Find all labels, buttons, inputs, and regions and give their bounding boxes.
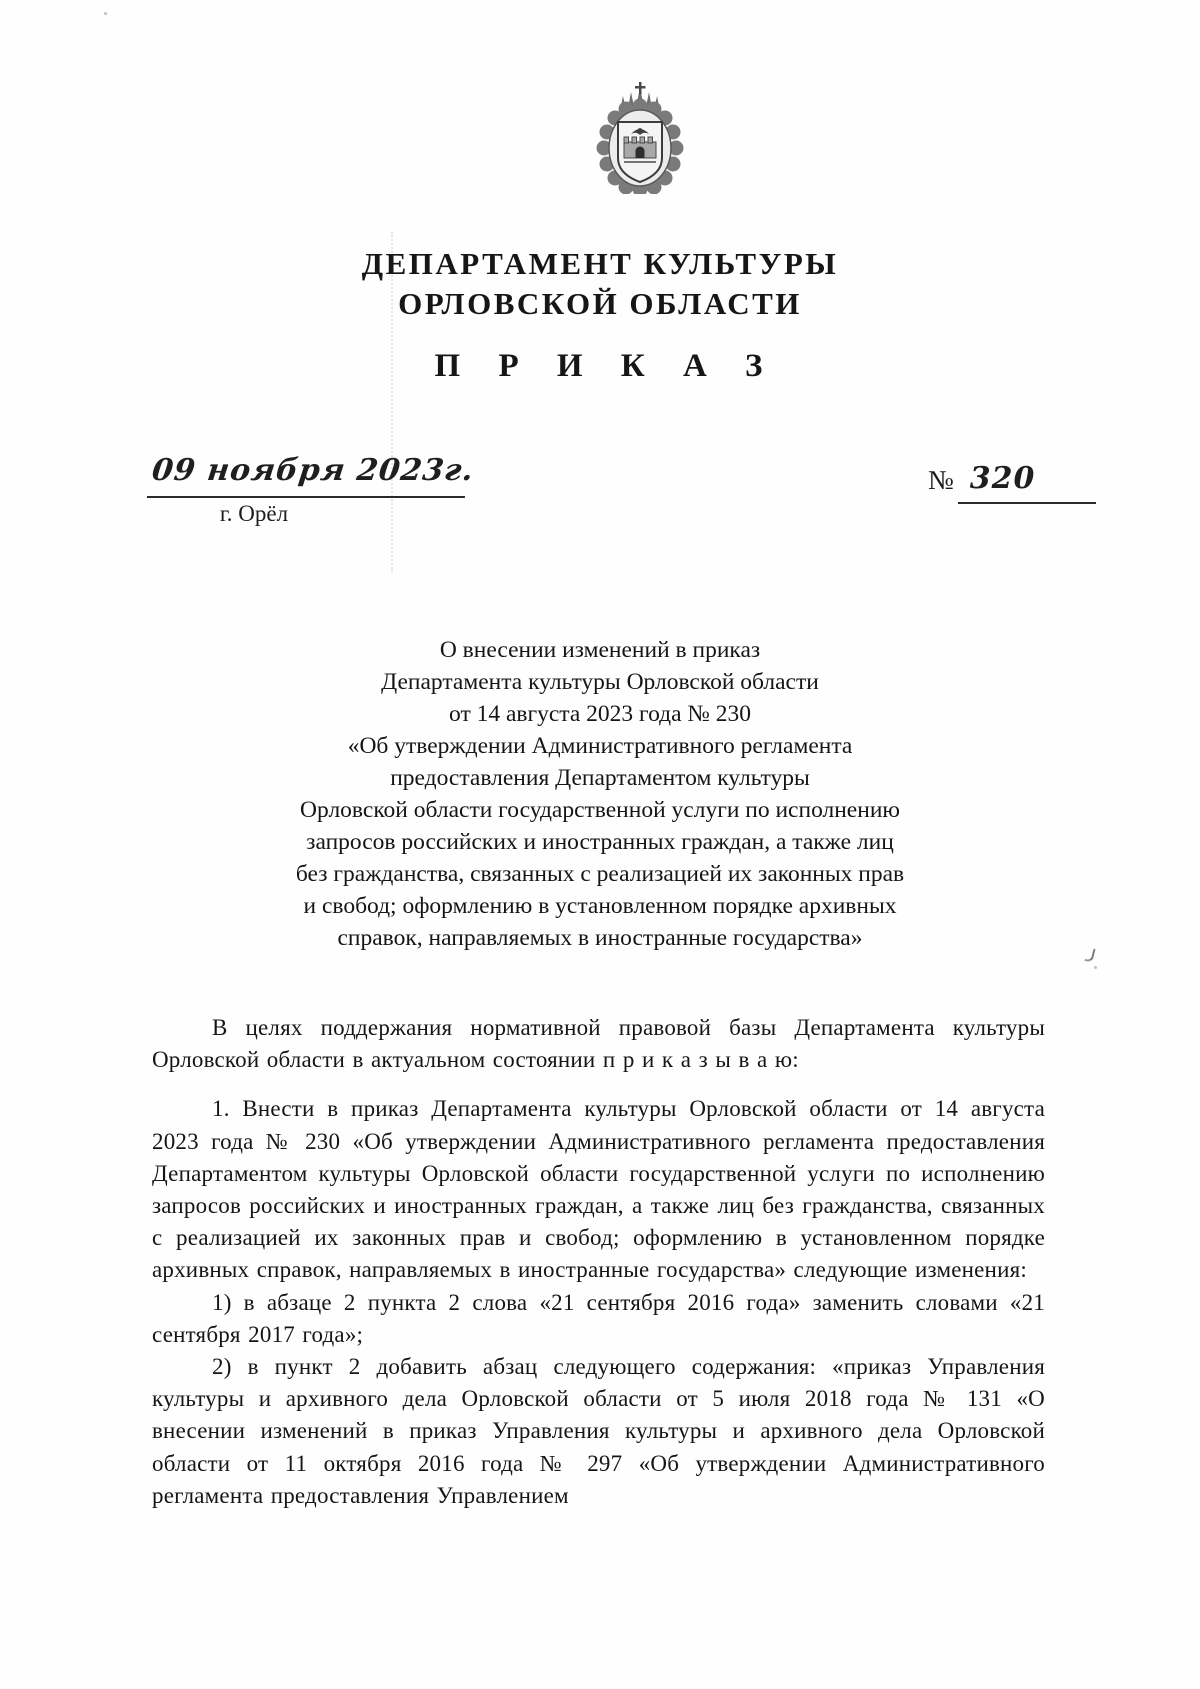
number-line: 320 — [958, 456, 1096, 504]
scan-streak-artifact — [391, 232, 393, 572]
org-name-line1: ДЕПАРТАМЕНТ КУЛЬТУРЫ — [0, 244, 1200, 284]
document-page: ДЕПАРТАМЕНТ КУЛЬТУРЫ ОРЛОВСКОЙ ОБЛАСТИ П… — [0, 0, 1200, 1689]
title-line: справок, направляемых в иностранные госу… — [0, 922, 1200, 954]
order-body: В целях поддержания нормативной правовой… — [152, 1012, 1045, 1512]
title-line: О внесении изменений в приказ — [0, 634, 1200, 666]
title-line: Департамента культуры Орловской области — [0, 666, 1200, 698]
paragraph-preamble: В целях поддержания нормативной правовой… — [152, 1012, 1045, 1076]
org-name-line2: ОРЛОВСКОЙ ОБЛАСТИ — [0, 284, 1200, 324]
title-line: «Об утверждении Административного реглам… — [0, 730, 1200, 762]
title-line: без гражданства, связанных с реализацией… — [0, 858, 1200, 890]
paragraph-subitem-1: 1) в абзаце 2 пункта 2 слова «21 сентябр… — [152, 1287, 1045, 1351]
org-name: ДЕПАРТАМЕНТ КУЛЬТУРЫ ОРЛОВСКОЙ ОБЛАСТИ — [0, 244, 1200, 324]
paragraph-item-1: 1. Внести в приказ Департамента культуры… — [152, 1093, 1045, 1286]
handwritten-number: 320 — [970, 461, 1036, 496]
scan-speck-artifact — [104, 12, 107, 15]
title-line: от 14 августа 2023 года № 230 — [0, 698, 1200, 730]
order-title: О внесении изменений в приказ Департамен… — [0, 634, 1200, 954]
title-line: предоставления Департаментом культуры — [0, 762, 1200, 794]
title-line: запросов российских и иностранных гражда… — [0, 826, 1200, 858]
date-block: 09 ноября 2023г. г. Орёл — [150, 446, 468, 527]
number-sign: № — [928, 465, 954, 495]
number-block: № 320 — [928, 456, 1096, 504]
handwritten-date: 09 ноября 2023г. — [147, 446, 471, 498]
title-line: и свобод; оформлению в установленном пор… — [0, 890, 1200, 922]
paragraph-subitem-2: 2) в пункт 2 добавить абзац следующего с… — [152, 1351, 1045, 1512]
scan-speck-artifact — [1094, 966, 1097, 969]
title-line: Орловской области государственной услуги… — [0, 794, 1200, 826]
oryol-oblast-coat-of-arms-icon — [595, 82, 685, 194]
scan-speck-artifact — [1084, 947, 1095, 963]
document-type-heading: П Р И К А З — [12, 348, 1200, 385]
place-label: г. Орёл — [164, 501, 344, 527]
